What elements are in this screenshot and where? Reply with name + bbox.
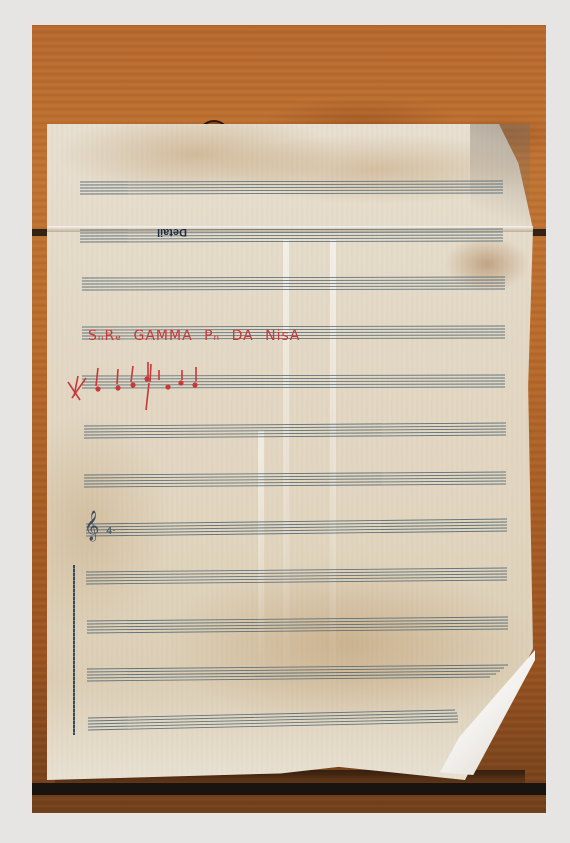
staff-8 bbox=[86, 519, 507, 536]
staff-12 bbox=[88, 710, 458, 730]
staff-2 bbox=[80, 229, 503, 242]
staff-6 bbox=[84, 423, 506, 438]
treble-clef-icon: 𝄞 bbox=[84, 513, 99, 539]
time-signature-mark: 4· bbox=[106, 526, 116, 537]
staff-9 bbox=[86, 568, 507, 584]
staff-11 bbox=[87, 665, 508, 681]
staff-1 bbox=[80, 181, 503, 194]
staff-7 bbox=[84, 472, 506, 487]
red-notation bbox=[68, 362, 197, 410]
staff-10 bbox=[87, 617, 508, 633]
handwritten-solfege-title: SₙRₑ GAMMA Pₙ DA NisA bbox=[88, 328, 300, 344]
printed-detail-label: Detail bbox=[157, 226, 187, 238]
staff-3 bbox=[82, 277, 505, 290]
margin-rule bbox=[73, 565, 75, 735]
